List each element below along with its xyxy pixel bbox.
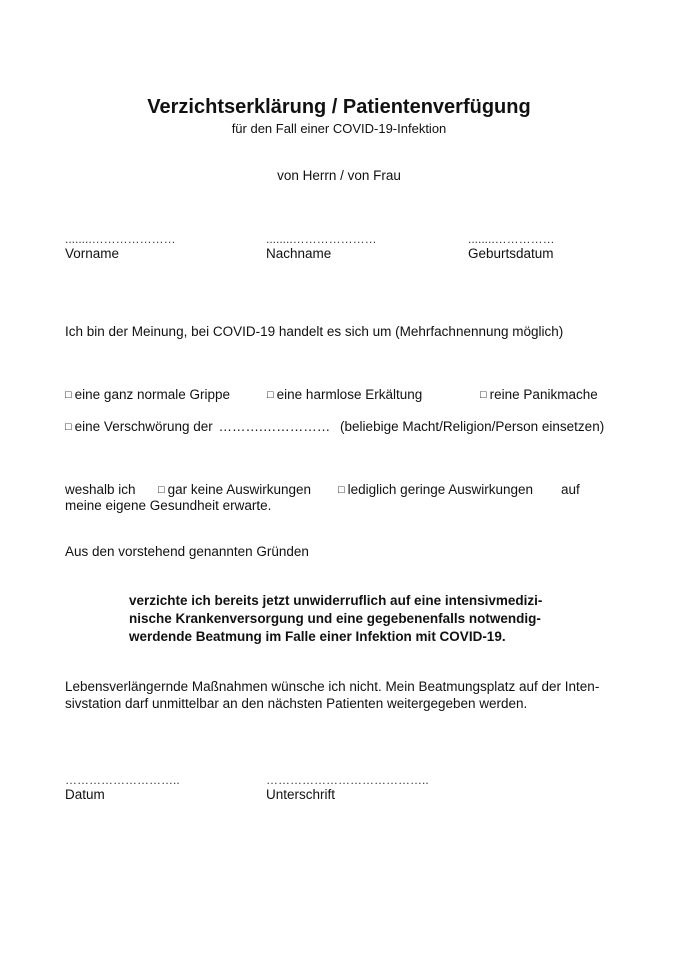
from-line: von Herrn / von Frau [0, 168, 678, 183]
fill-line: ........…………… [468, 232, 555, 246]
opinion-intro: Ich bin der Meinung, bei COVID-19 handel… [65, 324, 563, 339]
option-normal-flu[interactable]: □eine ganz normale Grippe [65, 387, 230, 402]
field-label: Vorname [65, 246, 176, 261]
field-date[interactable]: ……………………….. Datum [65, 773, 180, 802]
reasons-intro: Aus den vorstehend genannten Gründen [65, 544, 309, 559]
checkbox-icon[interactable]: □ [480, 389, 487, 401]
option-panic[interactable]: □reine Panikmache [480, 387, 598, 402]
checkbox-icon[interactable]: □ [65, 421, 72, 433]
effects-prefix: weshalb ich [65, 482, 136, 497]
waiver-statement: verzichte ich bereits jetzt unwiderrufli… [129, 592, 542, 646]
fill-line: ………………………………….. [266, 773, 429, 787]
fill-line: ........………………… [65, 232, 176, 246]
checkbox-icon[interactable]: □ [338, 484, 345, 496]
field-label: Geburtsdatum [468, 246, 555, 261]
conspiracy-fill-line[interactable]: ……….…………… [219, 419, 331, 434]
field-label: Unterschrift [266, 787, 429, 802]
option-conspiracy[interactable]: □eine Verschwörung der ……….…………… (belieb… [65, 419, 604, 434]
option-minor-effects[interactable]: □lediglich geringe Auswirkungen [338, 482, 533, 497]
field-last-name[interactable]: ........………………… Nachname [266, 232, 377, 261]
fill-line: ……………………….. [65, 773, 180, 787]
closing-paragraph: Lebensverlängernde Maßnahmen wünsche ich… [65, 678, 599, 712]
field-first-name[interactable]: ........………………… Vorname [65, 232, 176, 261]
field-label: Nachname [266, 246, 377, 261]
checkbox-icon[interactable]: □ [158, 484, 165, 496]
checkbox-icon[interactable]: □ [267, 389, 274, 401]
document-subtitle: für den Fall einer COVID-19-Infektion [0, 121, 678, 136]
option-harmless-cold[interactable]: □eine harmlose Erkältung [267, 387, 422, 402]
field-birthdate[interactable]: ........…………… Geburtsdatum [468, 232, 555, 261]
conspiracy-hint: (beliebige Macht/Religion/Person einsetz… [340, 419, 604, 434]
fill-line: ........………………… [266, 232, 377, 246]
field-signature[interactable]: ………………………………….. Unterschrift [266, 773, 429, 802]
document-title: Verzichtserklärung / Patientenverfügung [0, 96, 678, 119]
option-no-effects[interactable]: □gar keine Auswirkungen [158, 482, 311, 497]
effects-suffix: auf [561, 482, 580, 497]
checkbox-icon[interactable]: □ [65, 389, 72, 401]
effects-line2: meine eigene Gesundheit erwarte. [65, 498, 271, 513]
field-label: Datum [65, 787, 180, 802]
